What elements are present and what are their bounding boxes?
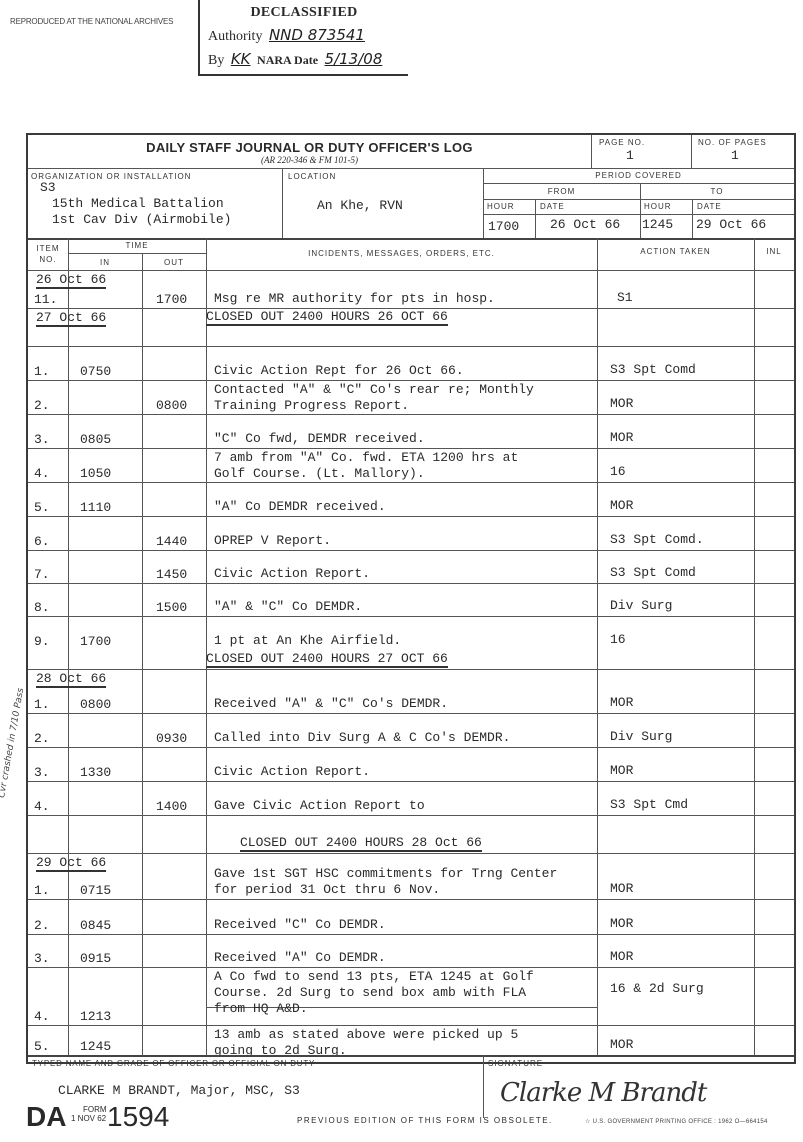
margin-note: Cvr crashed in 7/10 Pass <box>0 687 26 798</box>
in-header: IN <box>68 258 142 267</box>
closed-out-note: CLOSED OUT 2400 HOURS 27 OCT 66 <box>206 651 448 668</box>
action-taken: MOR <box>610 695 633 710</box>
incident-text: 1 pt at An Khe Airfield. <box>214 633 401 649</box>
officer-label: TYPED NAME AND GRADE OF OFFICER OR OFFIC… <box>32 1059 315 1068</box>
to-date-label: DATE <box>697 202 722 211</box>
incident-line: A Co fwd to send 13 pts, ETA 1245 at Gol… <box>214 969 534 985</box>
time-out: 0800 <box>156 398 187 413</box>
incident-line: OPREP V Report. <box>214 533 331 549</box>
item-number: 3. <box>34 432 50 447</box>
page-no-value: 1 <box>626 148 634 163</box>
action-taken: S3 Spt Comd. <box>610 532 704 547</box>
incident-line: Civic Action Report. <box>214 566 370 582</box>
action-taken-header: ACTION TAKEN <box>597 247 754 256</box>
incident-text: Civic Action Report. <box>214 764 370 780</box>
no-of-pages-label: NO. OF PAGES <box>698 138 767 147</box>
form-subtitle: (AR 220-346 & FM 101-5) <box>28 155 591 165</box>
to-date-value: 29 Oct 66 <box>696 217 766 232</box>
by-value: KK <box>228 50 254 68</box>
location-label: LOCATION <box>288 172 336 181</box>
log-entry-row: 8.1500"A" & "C" Co DEMDR.Div Surg <box>28 583 794 616</box>
inl-header: INL <box>754 247 794 256</box>
incident-line: "C" Co fwd, DEMDR received. <box>214 431 425 447</box>
incident-text: Called into Div Surg A & C Co's DEMDR. <box>214 730 510 746</box>
entry-date: 26 Oct 66 <box>36 272 106 289</box>
item-number: 5. <box>34 1039 50 1054</box>
action-taken: 16 <box>610 632 626 647</box>
incident-line: Received "C" Co DEMDR. <box>214 917 386 933</box>
incident-line: Received "A" Co DEMDR. <box>214 950 386 966</box>
time-in: 1213 <box>80 1009 111 1024</box>
log-entry-row: 26 Oct 6611.1700Msg re MR authority for … <box>28 270 794 308</box>
log-entry-row: 3.1330Civic Action Report.MOR <box>28 747 794 781</box>
from-label: FROM <box>483 187 640 196</box>
log-entry-row: 3.0805"C" Co fwd, DEMDR received.MOR <box>28 414 794 448</box>
out-header: OUT <box>142 258 206 267</box>
log-entry-row: 4.1213A Co fwd to send 13 pts, ETA 1245 … <box>28 967 794 1025</box>
page-no-label: PAGE NO. <box>599 138 645 147</box>
time-out: 1400 <box>156 799 187 814</box>
incident-line: "A" & "C" Co DEMDR. <box>214 599 362 615</box>
incident-text: "A" & "C" Co DEMDR. <box>214 599 362 615</box>
date-row: 27 Oct 66 <box>28 308 794 346</box>
time-in: 1050 <box>80 466 111 481</box>
from-hour-label: HOUR <box>487 202 515 211</box>
incident-line: from HQ A&D. <box>214 1001 534 1017</box>
log-entry-row: 2.0930Called into Div Surg A & C Co's DE… <box>28 713 794 747</box>
time-in: 1245 <box>80 1039 111 1054</box>
incident-line: for period 31 Oct thru 6 Nov. <box>214 882 557 898</box>
action-taken: 16 & 2d Surg <box>610 981 704 996</box>
nara-date-value: 5/13/08 <box>322 50 386 68</box>
item-number: 7. <box>34 567 50 582</box>
time-header: TIME <box>68 241 206 250</box>
incident-line: Gave 1st SGT HSC commitments for Trng Ce… <box>214 866 557 882</box>
time-in: 0750 <box>80 364 111 379</box>
action-taken: S3 Spt Cmd <box>610 797 688 812</box>
time-out: 1500 <box>156 600 187 615</box>
action-taken: MOR <box>610 498 633 513</box>
incident-text: "A" Co DEMDR received. <box>214 499 386 515</box>
action-taken: S3 Spt Comd <box>610 362 696 377</box>
to-label: TO <box>640 187 794 196</box>
action-taken: MOR <box>610 916 633 931</box>
log-entry-row: 5.1110"A" Co DEMDR received.MOR <box>28 482 794 516</box>
officer-name: CLARKE M BRANDT, Major, MSC, S3 <box>58 1083 300 1098</box>
closed-out-row: CLOSED OUT 2400 HOURS 27 OCT 66 <box>28 650 794 669</box>
time-out: 1700 <box>156 292 187 307</box>
form-label: FORM <box>83 1105 107 1114</box>
item-no-header: ITEM NO. <box>28 243 68 265</box>
log-entry-row: 4.1400Gave Civic Action Report toS3 Spt … <box>28 781 794 815</box>
authority-value: NND 873541 <box>266 26 368 44</box>
item-number: 2. <box>34 918 50 933</box>
log-entry-row: 2.0800Contacted "A" & "C" Co's rear re; … <box>28 380 794 414</box>
incident-text: Received "A" & "C" Co's DEMDR. <box>214 696 448 712</box>
incident-text: Civic Action Report. <box>214 566 370 582</box>
from-date-value: 26 Oct 66 <box>550 217 620 232</box>
time-in: 1330 <box>80 765 111 780</box>
incident-line: Golf Course. (Lt. Mallory). <box>214 466 518 482</box>
item-number: 4. <box>34 466 50 481</box>
item-number: 2. <box>34 731 50 746</box>
previous-edition-note: PREVIOUS EDITION OF THIS FORM IS OBSOLET… <box>297 1116 553 1125</box>
action-taken: MOR <box>610 763 633 778</box>
item-number: 2. <box>34 398 50 413</box>
log-entry-row: 28 Oct 661.0800Received "A" & "C" Co's D… <box>28 669 794 713</box>
log-entry-row: 2.0845Received "C" Co DEMDR.MOR <box>28 899 794 934</box>
to-hour-label: HOUR <box>644 202 672 211</box>
incident-text: A Co fwd to send 13 pts, ETA 1245 at Gol… <box>214 969 534 1017</box>
location-value: An Khe, RVN <box>317 198 403 213</box>
item-number: 11. <box>34 292 57 307</box>
time-in: 0805 <box>80 432 111 447</box>
incident-line: Civic Action Report. <box>214 764 370 780</box>
closed-out-note: CLOSED OUT 2400 HOURS 28 Oct 66 <box>240 835 482 852</box>
entry-date: 29 Oct 66 <box>36 855 106 872</box>
authority-line: Authority NND 873541 <box>208 26 368 45</box>
incident-text: Received "C" Co DEMDR. <box>214 917 386 933</box>
time-out: 1450 <box>156 567 187 582</box>
log-entry-row: 3.0915Received "A" Co DEMDR.MOR <box>28 934 794 967</box>
incident-line: Training Progress Report. <box>214 398 534 414</box>
from-hour-value: 1700 <box>488 219 519 234</box>
by-line: By KK NARA Date 5/13/08 <box>208 50 385 69</box>
item-number: 3. <box>34 951 50 966</box>
incidents-header: INCIDENTS, MESSAGES, ORDERS, ETC. <box>206 249 597 258</box>
incident-line: Msg re MR authority for pts in hosp. <box>214 291 495 307</box>
action-taken: S3 Spt Comd <box>610 565 696 580</box>
time-in: 1110 <box>80 500 111 515</box>
action-taken: Div Surg <box>610 598 672 613</box>
printing-office-note: ☆ U.S. GOVERNMENT PRINTING OFFICE : 1962… <box>585 1118 768 1125</box>
time-in: 0715 <box>80 883 111 898</box>
org-line: 15th Medical Battalion <box>52 196 231 212</box>
time-in: 0800 <box>80 697 111 712</box>
incident-text: "C" Co fwd, DEMDR received. <box>214 431 425 447</box>
no-of-pages-value: 1 <box>731 148 739 163</box>
log-entry-row: 5.124513 amb as stated above were picked… <box>28 1025 794 1055</box>
item-number: 1. <box>34 364 50 379</box>
from-date-label: DATE <box>540 202 565 211</box>
action-taken: MOR <box>610 396 633 411</box>
incident-text: Msg re MR authority for pts in hosp. <box>214 291 495 307</box>
by-label: By <box>208 53 224 68</box>
time-in: 1700 <box>80 634 111 649</box>
org-line: S3 <box>40 180 231 196</box>
time-out: 0930 <box>156 731 187 746</box>
action-taken: Div Surg <box>610 729 672 744</box>
action-taken: MOR <box>610 1037 633 1052</box>
action-taken: MOR <box>610 949 633 964</box>
incident-text: 7 amb from "A" Co. fwd. ETA 1200 hrs atG… <box>214 450 518 482</box>
time-out: 1440 <box>156 534 187 549</box>
item-number: 9. <box>34 634 50 649</box>
closed-out-row: CLOSED OUT 2400 HOURS 28 Oct 66 <box>28 815 794 853</box>
incident-text: Received "A" Co DEMDR. <box>214 950 386 966</box>
footer-form-label: FORM 1 NOV 62 <box>71 1105 107 1123</box>
log-entry-row: 1.0750Civic Action Rept for 26 Oct 66.S3… <box>28 346 794 380</box>
item-number: 1. <box>34 697 50 712</box>
item-number: 5. <box>34 500 50 515</box>
item-number: 4. <box>34 799 50 814</box>
incident-line: Gave Civic Action Report to <box>214 798 425 814</box>
item-number: 3. <box>34 765 50 780</box>
item-number: 6. <box>34 534 50 549</box>
authority-label: Authority <box>208 29 262 44</box>
declassified-heading: DECLASSIFIED <box>200 5 408 21</box>
incident-line: Contacted "A" & "C" Co's rear re; Monthl… <box>214 382 534 398</box>
signature-label: SIGNATURE <box>488 1059 543 1068</box>
time-in: 0915 <box>80 951 111 966</box>
duty-officer-log-form: DAILY STAFF JOURNAL OR DUTY OFFICER'S LO… <box>26 133 796 1064</box>
incident-line: Called into Div Surg A & C Co's DEMDR. <box>214 730 510 746</box>
incident-text: Contacted "A" & "C" Co's rear re; Monthl… <box>214 382 534 414</box>
incident-text: Gave Civic Action Report to <box>214 798 425 814</box>
entry-date: 27 Oct 66 <box>36 310 106 327</box>
incident-text: Gave 1st SGT HSC commitments for Trng Ce… <box>214 866 557 898</box>
entry-date: 28 Oct 66 <box>36 671 106 688</box>
incident-line: 7 amb from "A" Co. fwd. ETA 1200 hrs at <box>214 450 518 466</box>
time-in: 0845 <box>80 918 111 933</box>
footer-form-number: 1594 <box>107 1101 169 1133</box>
log-entry-row: 7.1450Civic Action Report.S3 Spt Comd <box>28 550 794 583</box>
to-hour-value: 1245 <box>642 217 673 232</box>
nara-date-label: NARA Date <box>257 53 318 67</box>
form-date: 1 NOV 62 <box>71 1114 107 1123</box>
incident-line: Civic Action Rept for 26 Oct 66. <box>214 363 464 379</box>
declassification-stamp: DECLASSIFIED Authority NND 873541 By KK … <box>198 0 408 76</box>
footer-da: DA <box>26 1101 66 1133</box>
item-number: 8. <box>34 600 50 615</box>
action-taken: 16 <box>610 464 626 479</box>
org-line: 1st Cav Div (Airmobile) <box>52 212 231 228</box>
archive-note: REPRODUCED AT THE NATIONAL ARCHIVES <box>10 17 173 26</box>
incident-line: Course. 2d Surg to send box amb with FLA <box>214 985 534 1001</box>
organization-value: S3 15th Medical Battalion 1st Cav Div (A… <box>40 180 231 228</box>
period-covered-label: PERIOD COVERED <box>483 171 794 180</box>
incident-line: "A" Co DEMDR received. <box>214 499 386 515</box>
action-taken: MOR <box>610 430 633 445</box>
incident-text: Civic Action Rept for 26 Oct 66. <box>214 363 464 379</box>
log-entry-row: 6.1440OPREP V Report.S3 Spt Comd. <box>28 516 794 550</box>
log-entry-row: 29 Oct 661.0715Gave 1st SGT HSC commitme… <box>28 853 794 899</box>
log-entry-row: 9.17001 pt at An Khe Airfield.16 <box>28 616 794 650</box>
item-number: 1. <box>34 883 50 898</box>
form-title: DAILY STAFF JOURNAL OR DUTY OFFICER'S LO… <box>28 140 591 155</box>
incident-line: Received "A" & "C" Co's DEMDR. <box>214 696 448 712</box>
incident-line: 13 amb as stated above were picked up 5 <box>214 1027 518 1043</box>
incident-line: 1 pt at An Khe Airfield. <box>214 633 401 649</box>
action-taken: S1 <box>617 290 633 305</box>
item-number: 4. <box>34 1009 50 1024</box>
incident-text: OPREP V Report. <box>214 533 331 549</box>
action-taken: MOR <box>610 881 633 896</box>
log-entry-row: 4.10507 amb from "A" Co. fwd. ETA 1200 h… <box>28 448 794 482</box>
signature: Clarke M Brandt <box>500 1078 706 1108</box>
